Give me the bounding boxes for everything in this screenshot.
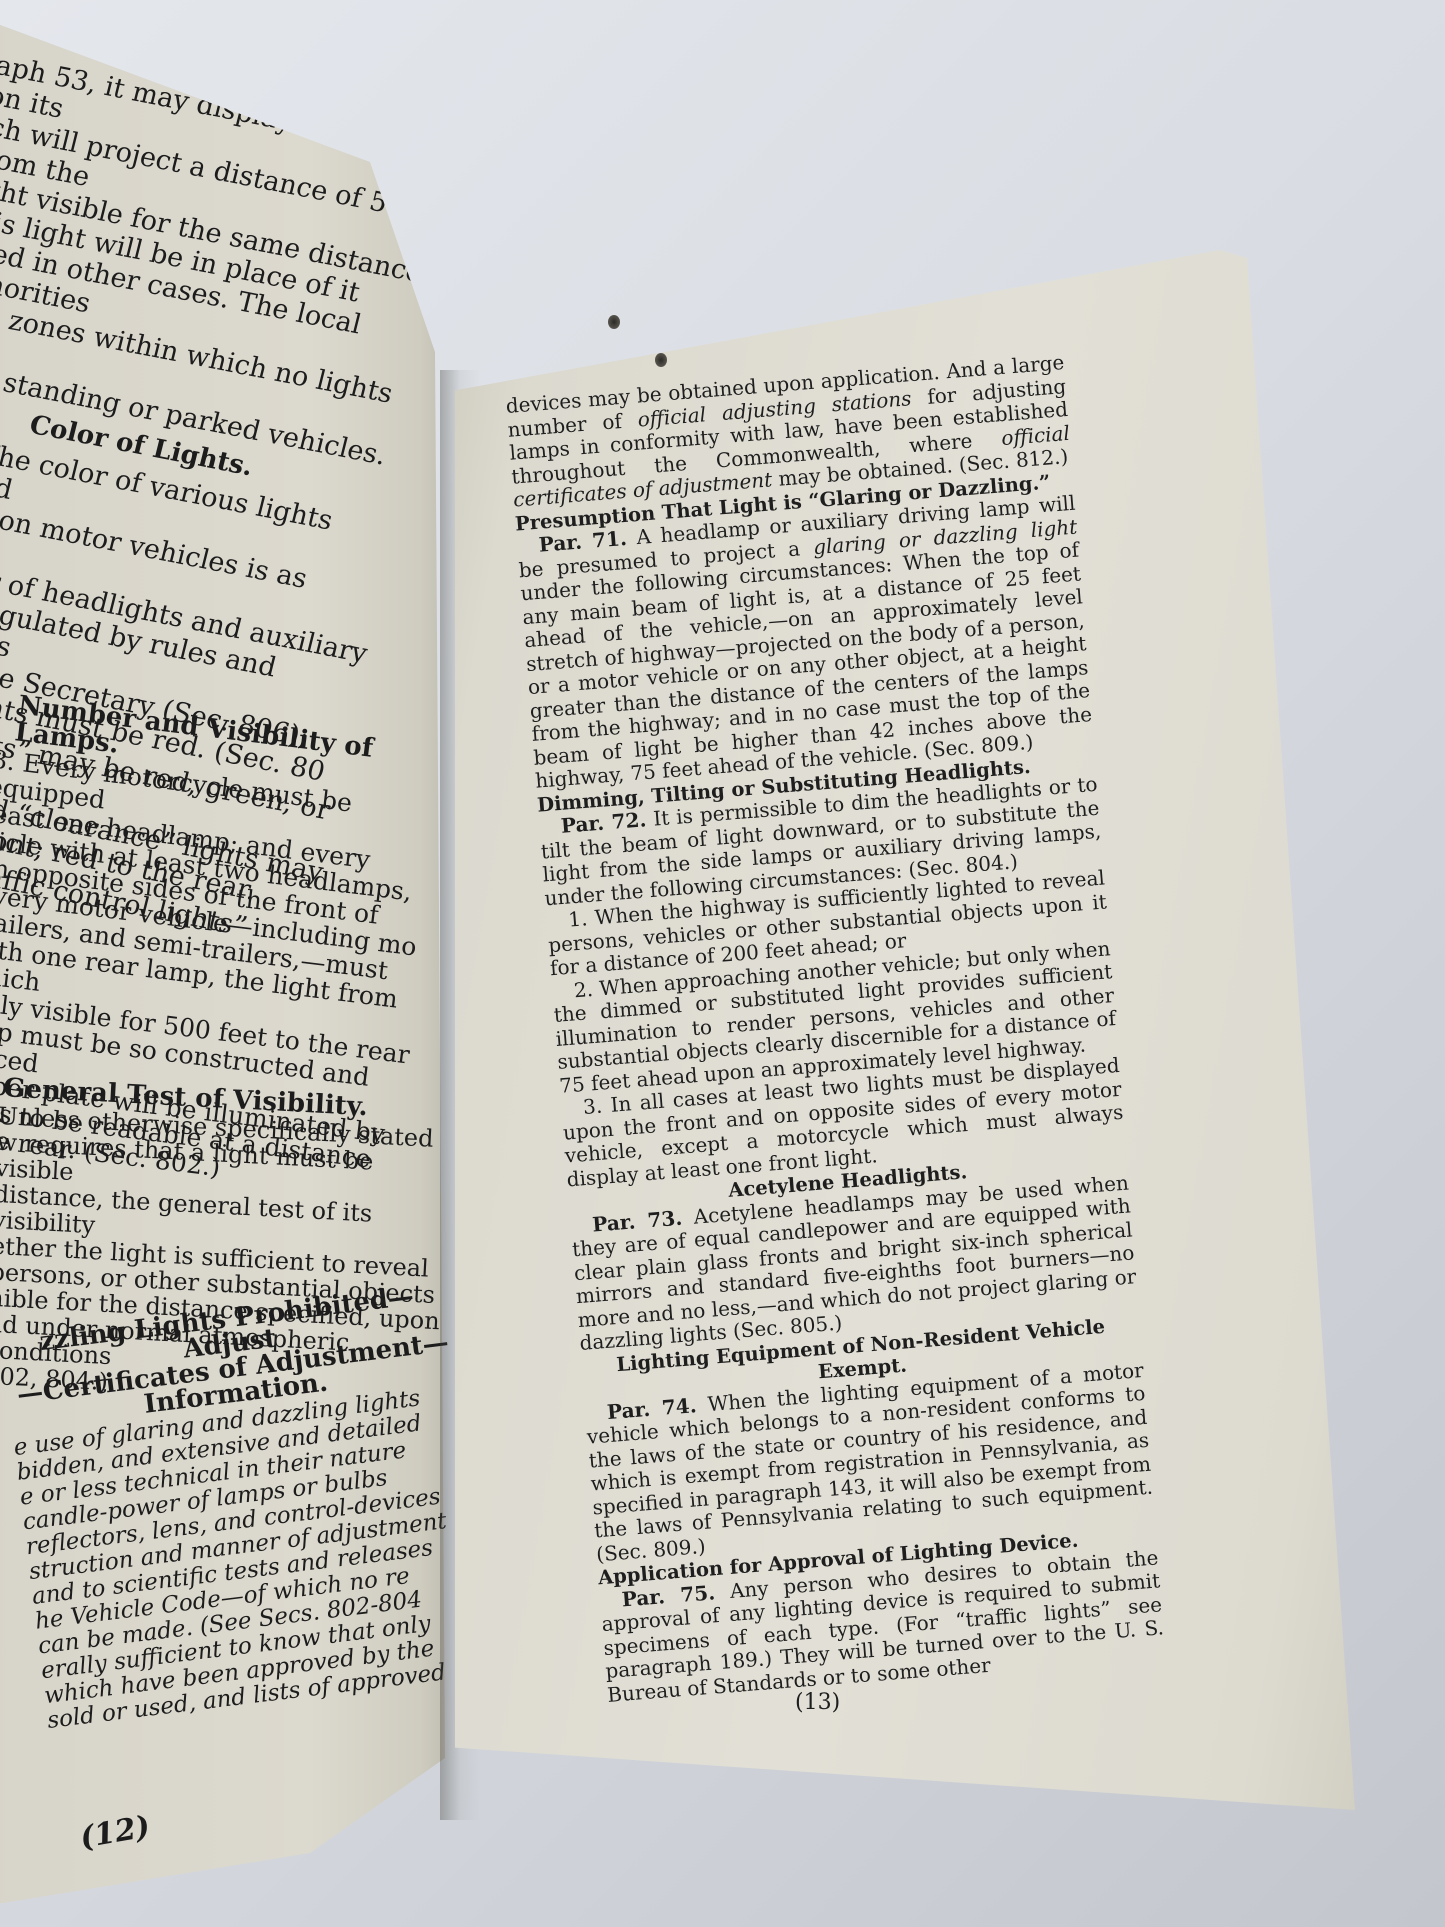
left-par70: e use of glaring and dazzling lights bid… — [12, 1381, 495, 1734]
paper-hole — [608, 315, 620, 329]
right-page-text: devices may be obtained upon application… — [505, 351, 1167, 1707]
par-71: Par. 71. A headlamp or auxiliary driving… — [516, 492, 1095, 794]
open-booklet-photo: aph 53, it may display a white lamp on i… — [0, 0, 1445, 1927]
right-page-number: (13) — [795, 1690, 840, 1715]
left-page-lower-text-3: zzling Lights Prohibited—Adjust —Certifi… — [0, 1280, 496, 1734]
paper-hole — [655, 353, 667, 367]
